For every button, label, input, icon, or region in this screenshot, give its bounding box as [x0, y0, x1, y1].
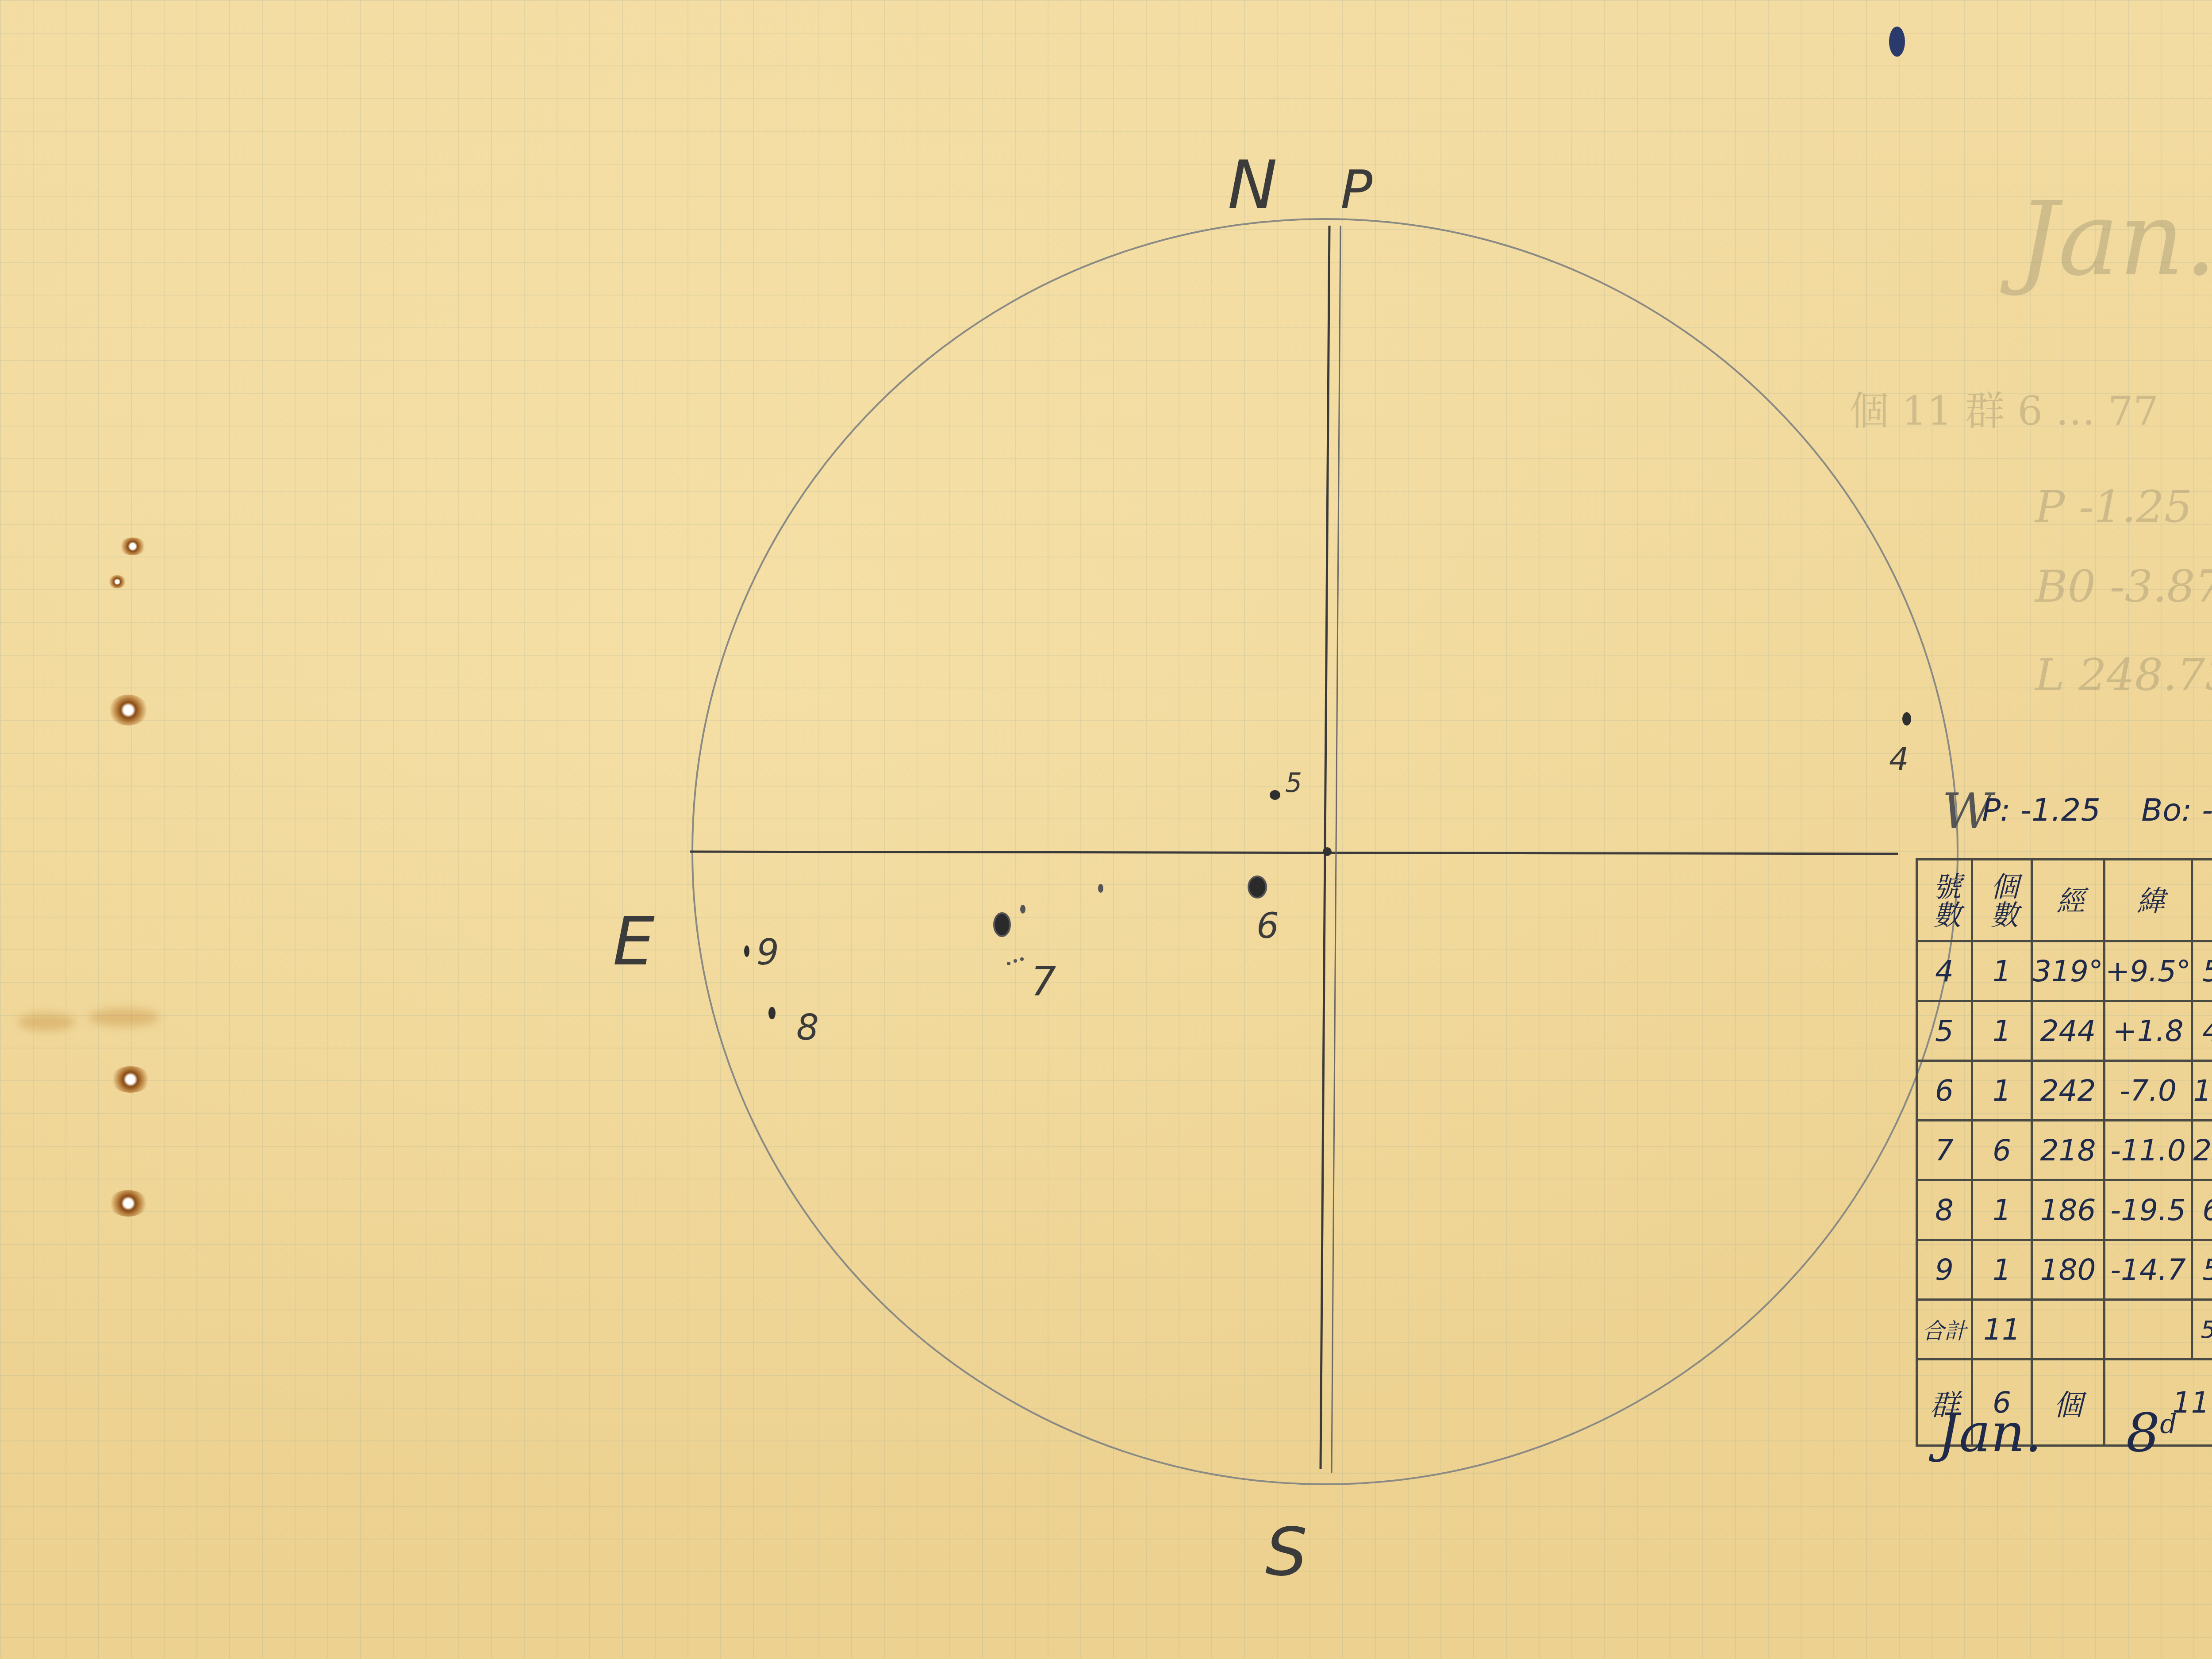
cell-area: 232.2 — [2192, 1121, 2212, 1180]
table-row: 6 1 242 -7.0 120.0 6 — [1917, 1061, 2212, 1121]
spot-label-9: 9 — [757, 932, 779, 973]
sunspot-7-member — [1020, 957, 1024, 961]
cell-number: 9 — [1917, 1240, 1972, 1300]
cell-number: 8 — [1917, 1180, 1972, 1240]
pole-axis — [1332, 226, 1340, 1473]
sunspot-8 — [768, 1007, 776, 1019]
north-south-axis — [1321, 226, 1329, 1469]
cell-longitude: 186 — [2032, 1180, 2104, 1240]
cell-longitude: 180 — [2032, 1240, 2104, 1300]
spot-label-4: 4 — [1889, 741, 1909, 777]
header-number: 號數 — [1917, 860, 1972, 941]
sunspot-5 — [1270, 790, 1280, 800]
cell-latitude: +1.8 — [2104, 1001, 2192, 1061]
cell-latitude: -11.0 — [2104, 1121, 2192, 1180]
table-header-row: 號數 個數 經 緯 面積 初見 過中經 末見 — [1917, 860, 2212, 941]
total-empty — [2104, 1300, 2192, 1359]
cell-latitude: +9.5° — [2104, 941, 2192, 1001]
spot-label-8: 8 — [796, 1007, 819, 1048]
sunspot-7-member — [1007, 962, 1010, 965]
faint-date-note: Jan. 8 — [2000, 180, 2212, 299]
spot-label-7: 7 — [1031, 959, 1056, 1005]
cell-number: 4 — [1917, 941, 1972, 1001]
table-row: 7 6 218 -11.0 232.2 — [1917, 1121, 2212, 1180]
cell-count: 1 — [1972, 1240, 2032, 1300]
cell-latitude: -14.7 — [2104, 1240, 2192, 1300]
cell-count: 1 — [1972, 941, 2032, 1001]
ephemeris-parameters: P: -1.25 Bo: -3.87 Lo: 248.63 — [1982, 792, 2212, 828]
total-count: 11 — [1972, 1300, 2032, 1359]
cell-area: 120.0 — [2192, 1061, 2212, 1121]
cell-area: 64.0 — [2192, 1180, 2212, 1240]
p-angle: P: -1.25 — [1982, 792, 2101, 828]
day-unit: d — [2160, 1409, 2177, 1440]
cell-longitude: 319° — [2032, 941, 2104, 1001]
b0-value: Bo: -3.87 — [2141, 792, 2212, 828]
cell-longitude: 218 — [2032, 1121, 2104, 1180]
faint-b0-note: B0 -3.87 — [2034, 561, 2212, 612]
table-row: 9 1 180 -14.7 58.0 9 — [1917, 1240, 2212, 1300]
header-latitude: 緯 — [2104, 860, 2192, 941]
cell-count: 1 — [1972, 1061, 2032, 1121]
total-row: 合計 11 572.5 — [1917, 1300, 2212, 1359]
table-row: 4 1 319° +9.5° 58.3 4 — [1917, 941, 2212, 1001]
header-longitude: 經 — [2032, 860, 2104, 941]
sunspot-table: 號數 個數 經 緯 面積 初見 過中經 末見 4 1 319° +9.5° 58… — [1916, 858, 2212, 1447]
sunspot-9 — [744, 945, 749, 957]
sunspot-7-member — [1014, 959, 1017, 963]
cell-area: 58.0 — [2192, 1240, 2212, 1300]
cell-number: 7 — [1917, 1121, 1972, 1180]
disk-center — [1323, 847, 1332, 856]
table-row: 5 1 244 +1.8 40.0 5 — [1917, 1001, 2212, 1061]
spot-label-5: 5 — [1285, 768, 1302, 799]
header-count: 個數 — [1972, 860, 2032, 941]
cell-area: 58.3 — [2192, 941, 2212, 1001]
sunspot-7-member — [1098, 884, 1103, 893]
cell-longitude: 242 — [2032, 1061, 2104, 1121]
sunspot-7-leader — [994, 913, 1010, 936]
faint-count-note: 個 11 群 6 … 77 — [1849, 388, 2158, 434]
faint-l0-note: L 248.73 — [2034, 649, 2212, 701]
table-row: 8 1 186 -19.5 64.0 8 — [1917, 1180, 2212, 1240]
sunspot-7-member — [1020, 905, 1025, 914]
cell-latitude: -7.0 — [2104, 1061, 2192, 1121]
sunspot-6 — [1248, 876, 1266, 898]
observation-date: Jan. 8d 10h — [1938, 1402, 2212, 1464]
spot-label-6: 6 — [1256, 905, 1279, 946]
cell-area: 40.0 — [2192, 1001, 2212, 1061]
cell-count: 1 — [1972, 1180, 2032, 1240]
north-label: N — [1228, 147, 1277, 224]
east-west-axis — [690, 852, 1898, 854]
cell-count: 6 — [1972, 1121, 2032, 1180]
sunspot-4 — [1902, 712, 1911, 726]
cell-count: 1 — [1972, 1001, 2032, 1061]
date-day: 8 — [2126, 1402, 2160, 1464]
cell-number: 5 — [1917, 1001, 1972, 1061]
date-month: Jan. — [1938, 1402, 2042, 1464]
total-empty — [2032, 1300, 2104, 1359]
cell-longitude: 244 — [2032, 1001, 2104, 1061]
east-label: E — [613, 903, 655, 980]
cell-latitude: -19.5 — [2104, 1180, 2192, 1240]
total-area: 572.5 — [2192, 1300, 2212, 1359]
total-label: 合計 — [1917, 1300, 1972, 1359]
south-label: S — [1265, 1514, 1307, 1591]
solar-disk-drawing: N P E S 4 5 6 7 8 9 Jan. 8 個 11 群 6 … 77… — [0, 0, 2212, 1659]
pole-label: P — [1340, 159, 1373, 221]
faint-p-note: P -1.25 — [2034, 481, 2193, 533]
header-area: 面積 — [2192, 860, 2212, 941]
cell-number: 6 — [1917, 1061, 1972, 1121]
